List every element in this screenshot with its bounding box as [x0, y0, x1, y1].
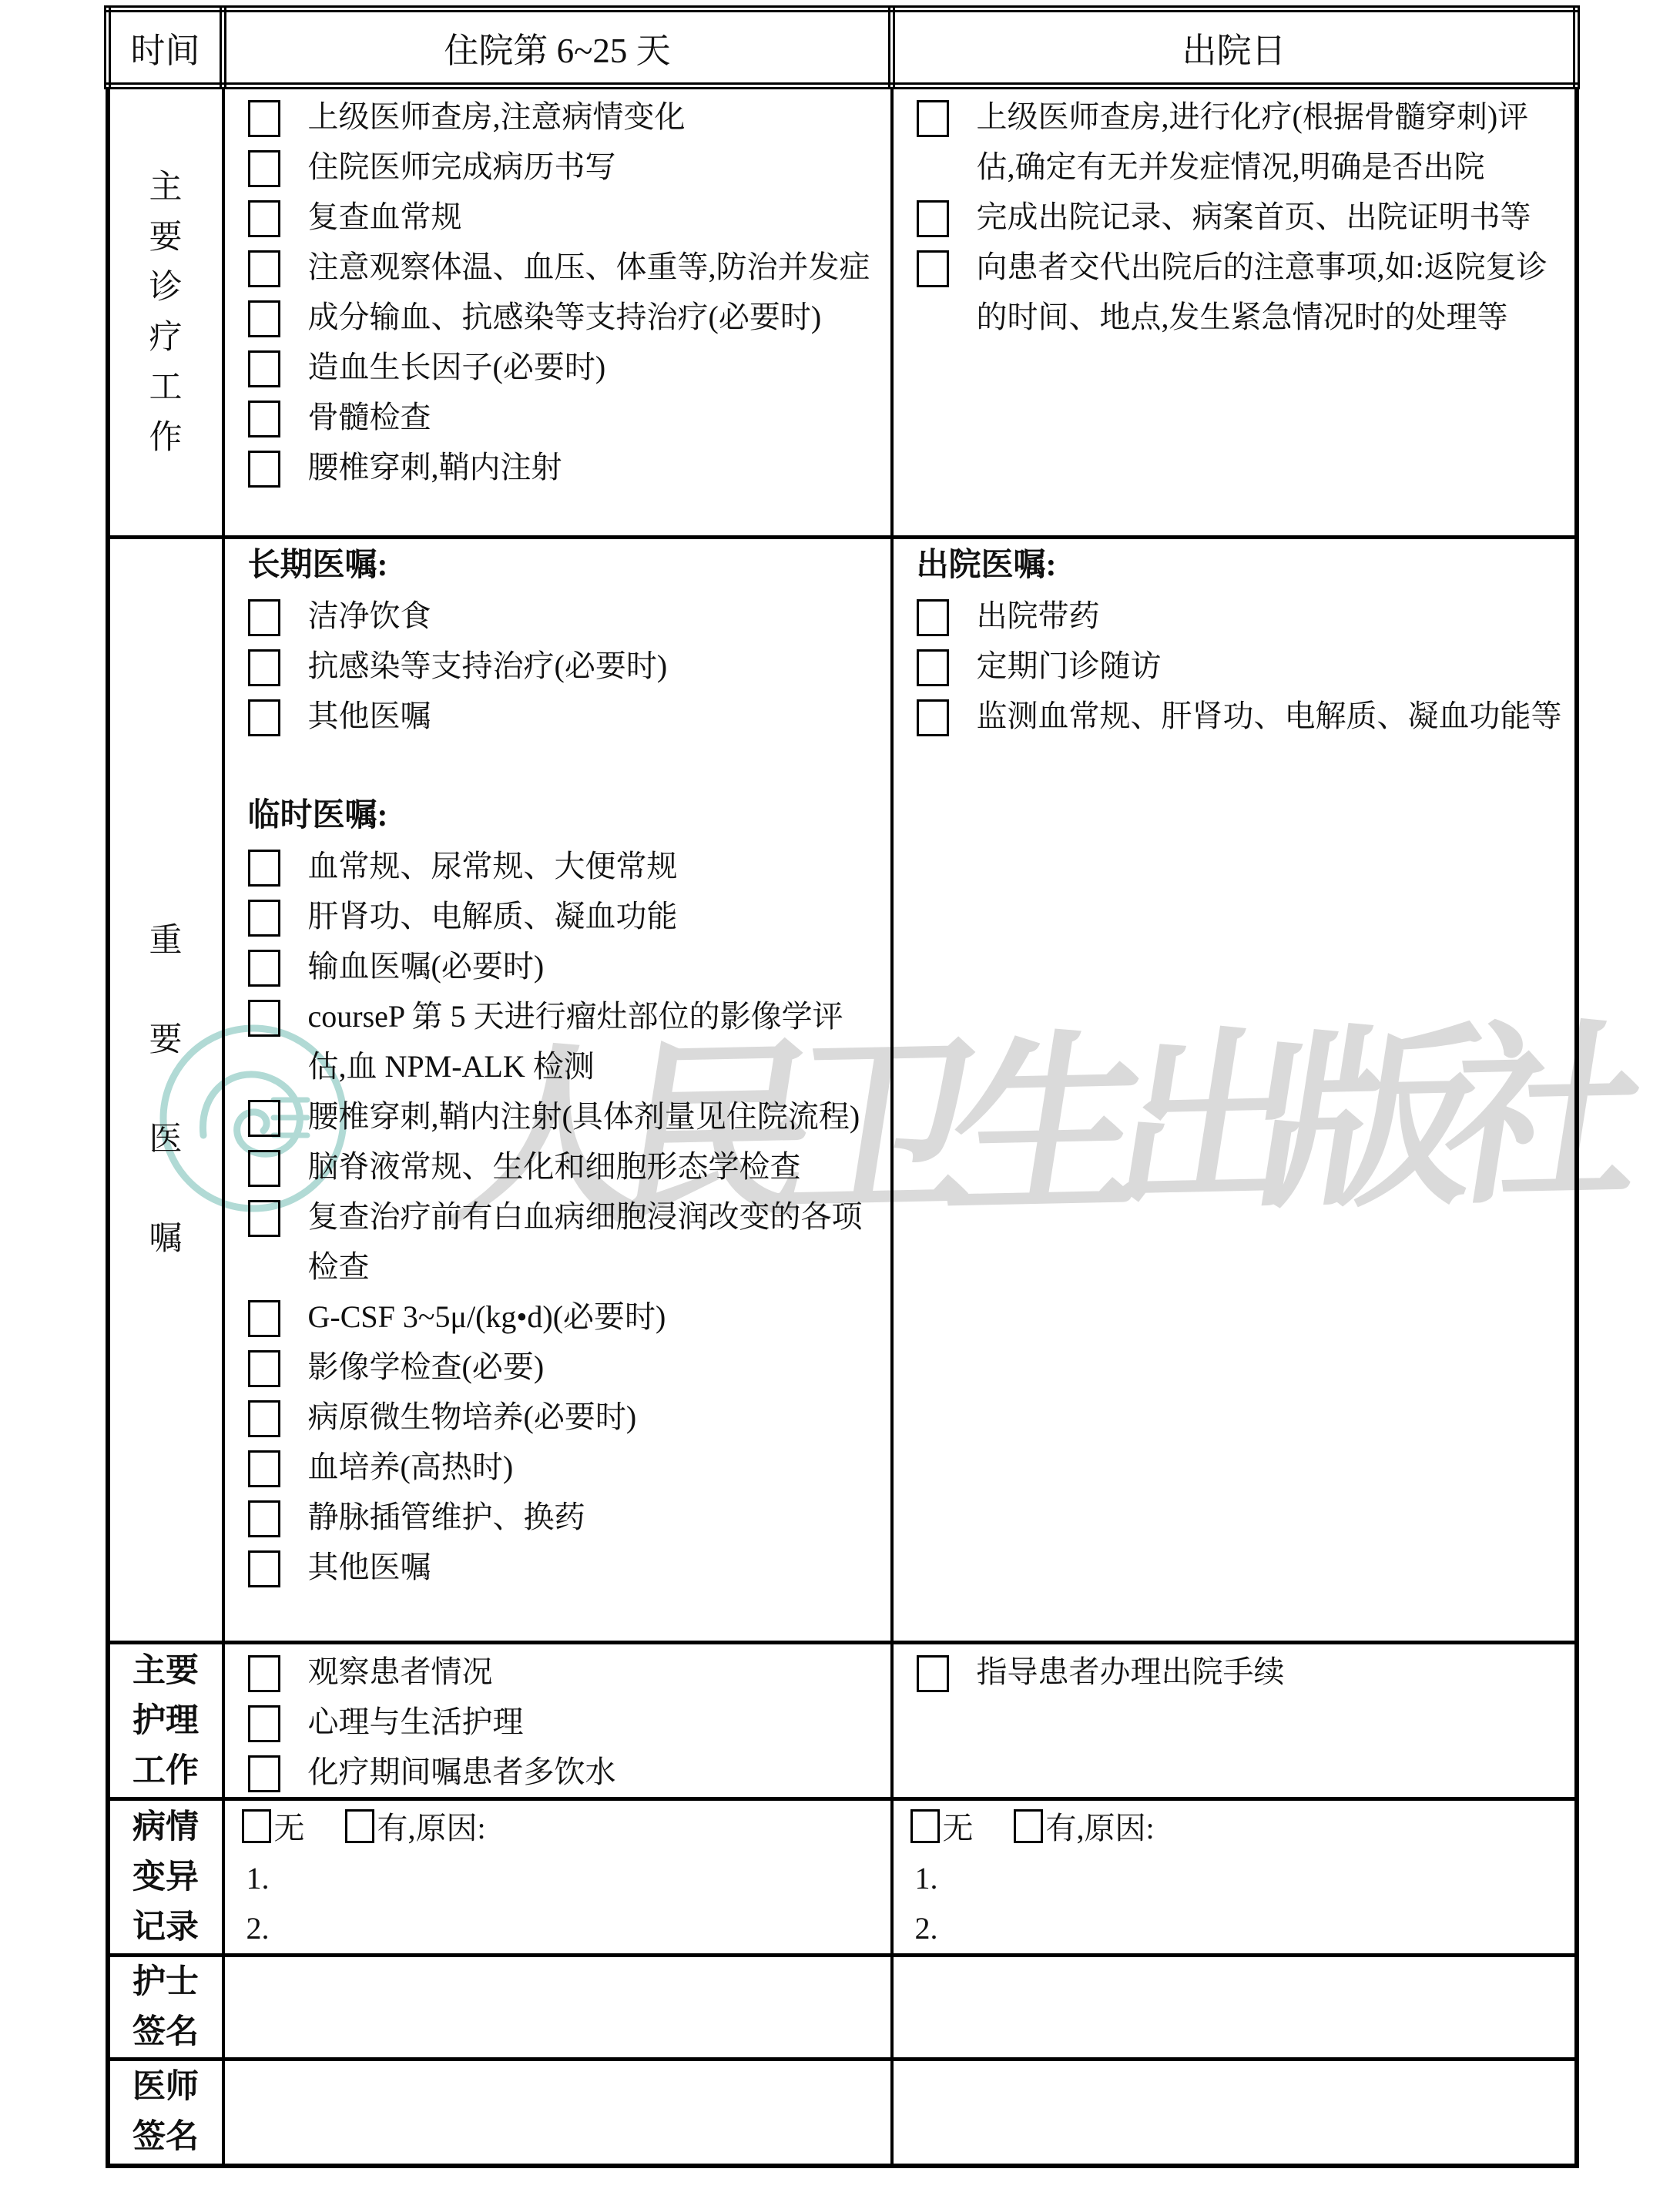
checkbox[interactable]: [242, 1809, 271, 1843]
row-label-line: 签名: [132, 2112, 199, 2162]
row-label-line: 变异: [132, 1852, 199, 1902]
checklist-item: 其他医嘱: [246, 691, 881, 741]
row-main-treatment: 主要诊疗工作 上级医师查房,注意病情变化住院医师完成病历书写复查血常规注意观察体…: [108, 86, 1577, 538]
checkbox[interactable]: [248, 300, 280, 337]
checklist-item-text: 住院医师完成病历书写: [308, 149, 616, 184]
checklist-item: 观察患者情况: [246, 1647, 881, 1697]
row-label-line: 要: [149, 1015, 183, 1065]
nurse-signature-discharge-cell[interactable]: [892, 1956, 1577, 2060]
choice-none-label: 无: [274, 1811, 305, 1845]
checklist-item-text: 腰椎穿刺,鞘内注射: [308, 450, 562, 484]
row-label-line: 病情: [132, 1802, 199, 1852]
checklist-item: 监测血常规、肝肾功、电解质、凝血功能等: [915, 691, 1565, 741]
numbered-blank-line: 1.: [910, 1853, 1565, 1903]
checklist-item: 上级医师查房,注意病情变化: [246, 92, 881, 142]
checklist-item: 复查血常规: [246, 192, 881, 242]
checkbox[interactable]: [248, 699, 280, 736]
checklist-item: 肝肾功、电解质、凝血功能: [246, 891, 881, 941]
row-label-line: 作: [149, 413, 183, 463]
checkbox[interactable]: [248, 1500, 280, 1537]
row-label-line: 主: [149, 163, 183, 213]
checklist-item-text: 复查血常规: [308, 199, 462, 234]
header-discharge-day: 出院日: [892, 9, 1577, 86]
checklist-item-text: 肝肾功、电解质、凝血功能: [308, 899, 678, 934]
main-treatment-hospital-list: 上级医师查房,注意病情变化住院医师完成病历书写复查血常规注意观察体温、血压、体重…: [246, 92, 881, 492]
checklist-item: 指导患者办理出院手续: [915, 1647, 1565, 1697]
checklist-item-text: 病原微生物培养(必要时): [308, 1399, 637, 1434]
checkbox[interactable]: [248, 100, 280, 137]
checklist-item: 心理与生活护理: [246, 1697, 881, 1747]
numbered-blank-line: 2.: [910, 1903, 1565, 1953]
checklist-item-text: 成分输血、抗感染等支持治疗(必要时): [308, 300, 822, 334]
doctor-signature-discharge-cell[interactable]: [892, 2060, 1577, 2166]
row-label-line: 疗: [149, 313, 183, 363]
checkbox[interactable]: [917, 599, 949, 636]
checklist-item-text: 监测血常规、肝肾功、电解质、凝血功能等: [977, 699, 1562, 733]
row-label-line: 护理: [132, 1696, 199, 1746]
row-label-line: 医师: [132, 2062, 199, 2112]
checklist-item: 向患者交代出院后的注意事项,如:返院复诊的时间、地点,发生紧急情况时的处理等: [915, 242, 1565, 342]
checklist-item-text: 上级医师查房,进行化疗(根据骨髓穿刺)评估,确定有无并发症情况,明确是否出院: [977, 99, 1529, 184]
checklist-item: 上级医师查房,进行化疗(根据骨髓穿刺)评估,确定有无并发症情况,明确是否出院: [915, 92, 1565, 192]
important-orders-discharge-list: 出院医嘱:出院带药定期门诊随访监测血常规、肝肾功、电解质、凝血功能等: [915, 541, 1565, 741]
nurse-signature-hospital-cell[interactable]: [223, 1956, 892, 2060]
checkbox[interactable]: [345, 1809, 374, 1843]
checklist-item: 洁净饮食: [246, 591, 881, 641]
row-label-main-treatment: 主要诊疗工作: [110, 163, 222, 463]
checklist-item-text: G-CSF 3~5μ/(kg•d)(必要时): [308, 1299, 666, 1334]
row-label-main-nursing: 主要护理工作: [110, 1646, 222, 1796]
orders-section-heading: 长期医嘱:: [246, 541, 881, 591]
checkbox[interactable]: [917, 699, 949, 736]
checklist-item: 复查治疗前有白血病细胞浸润改变的各项检查: [246, 1192, 881, 1292]
checklist-item-text: 完成出院记录、病案首页、出院证明书等: [977, 199, 1531, 234]
checklist-item-text: 抗感染等支持治疗(必要时): [308, 649, 668, 683]
checkbox[interactable]: [248, 150, 280, 187]
checklist-item: G-CSF 3~5μ/(kg•d)(必要时): [246, 1292, 881, 1342]
row-label-line: 记录: [132, 1902, 199, 1953]
checklist-item-text: 洁净饮食: [308, 598, 431, 633]
header-hospital-days: 住院第 6~25 天: [223, 9, 892, 86]
variation-choice-line: 无有,原因:: [910, 1803, 1565, 1853]
checkbox[interactable]: [248, 649, 280, 686]
checklist-item: 脑脊液常规、生化和细胞形态学检查: [246, 1141, 881, 1192]
checkbox[interactable]: [248, 1200, 280, 1237]
checklist-item: 其他医嘱: [246, 1542, 881, 1592]
checklist-item-text: 出院带药: [977, 598, 1100, 633]
row-label-doctor-signature: 医师签名: [110, 2062, 222, 2162]
checklist-item-text: courseP 第 5 天进行瘤灶部位的影像学评估,血 NPM-ALK 检测: [308, 999, 843, 1084]
checklist-item-text: 静脉插管维护、换药: [308, 1500, 585, 1534]
doctor-signature-hospital-cell[interactable]: [223, 2060, 892, 2166]
checkbox[interactable]: [917, 649, 949, 686]
row-label-line: 重: [149, 916, 183, 966]
clinical-pathway-table: 时间 住院第 6~25 天 出院日 主要诊疗工作 上级医师查房,注意病情变化住院…: [104, 5, 1580, 2168]
row-label-line: 医: [149, 1115, 183, 1165]
checklist-item-text: 腰椎穿刺,鞘内注射(具体剂量见住院流程): [308, 1099, 860, 1134]
checklist-item: 骨髓检查: [246, 392, 881, 442]
checkbox[interactable]: [917, 100, 949, 137]
checklist-item-text: 骨髓检查: [308, 400, 431, 434]
numbered-blank-line: 2.: [242, 1903, 881, 1953]
choice-yes-label: 有,原因:: [1046, 1811, 1155, 1845]
checklist-item: 造血生长因子(必要时): [246, 342, 881, 392]
checklist-item: 腰椎穿刺,鞘内注射: [246, 442, 881, 492]
checkbox[interactable]: [248, 1300, 280, 1337]
checkbox[interactable]: [248, 1100, 280, 1137]
checkbox[interactable]: [248, 1400, 280, 1437]
checkbox[interactable]: [917, 200, 949, 237]
checkbox[interactable]: [248, 1150, 280, 1187]
choice-yes-label: 有,原因:: [377, 1811, 486, 1845]
checklist-item-text: 观察患者情况: [308, 1654, 493, 1689]
row-label-line: 签名: [132, 2007, 199, 2057]
row-label-line: 嘱: [149, 1214, 183, 1264]
checkbox[interactable]: [248, 1550, 280, 1587]
checkbox[interactable]: [248, 200, 280, 237]
row-label-line: 护士: [132, 1957, 199, 2007]
row-main-nursing: 主要护理工作 观察患者情况心理与生活护理化疗期间嘱患者多饮水 指导患者办理出院手…: [108, 1643, 1577, 1799]
header-row: 时间 住院第 6~25 天 出院日: [108, 9, 1577, 86]
row-label-line: 诊: [149, 263, 183, 313]
checklist-item-text: 造血生长因子(必要时): [308, 350, 606, 384]
variation-record-discharge-list: 无有,原因:1.2.: [910, 1803, 1565, 1953]
checklist-item: 完成出院记录、病案首页、出院证明书等: [915, 192, 1565, 242]
checkbox[interactable]: [248, 599, 280, 636]
row-label-line: 工: [149, 363, 183, 413]
checklist-item: 影像学检查(必要): [246, 1342, 881, 1392]
checkbox[interactable]: [248, 350, 280, 387]
numbered-blank-line: 1.: [242, 1853, 881, 1903]
scanned-clinical-pathway-page: 人民卫生出版社 时间 住院第 6~25 天 出院日 主要诊疗工作 上级医师查房,…: [0, 0, 1680, 2209]
row-label-line: 工作: [132, 1746, 199, 1796]
checklist-item: 血培养(高热时): [246, 1442, 881, 1492]
checklist-item: 病原微生物培养(必要时): [246, 1392, 881, 1442]
checklist-item-text: 心理与生活护理: [308, 1705, 524, 1739]
checklist-item-text: 定期门诊随访: [977, 649, 1162, 683]
row-label-line: 主要: [132, 1646, 199, 1696]
important-orders-hospital-list: 长期医嘱:洁净饮食抗感染等支持治疗(必要时)其他医嘱临时医嘱:血常规、尿常规、大…: [246, 541, 881, 1592]
checkbox[interactable]: [248, 1350, 280, 1387]
row-label-nurse-signature: 护士签名: [110, 1957, 222, 2057]
checklist-item: 住院医师完成病历书写: [246, 142, 881, 192]
variation-record-hospital-list: 无有,原因:1.2.: [242, 1803, 881, 1953]
checkbox[interactable]: [248, 950, 280, 987]
variation-choice-line: 无有,原因:: [242, 1803, 881, 1853]
checkbox[interactable]: [917, 250, 949, 287]
checklist-item-text: 指导患者办理出院手续: [977, 1654, 1285, 1689]
checklist-item-text: 输血医嘱(必要时): [308, 949, 545, 984]
row-doctor-signature: 医师签名: [108, 2060, 1577, 2166]
checklist-item-text: 向患者交代出院后的注意事项,如:返院复诊的时间、地点,发生紧急情况时的处理等: [977, 250, 1548, 334]
row-variation-record: 病情变异记录 无有,原因:1.2. 无有,原因:1.2.: [108, 1799, 1577, 1956]
checkbox[interactable]: [248, 1655, 280, 1692]
blank-line: [246, 741, 881, 791]
row-label-important-orders: 重要医嘱: [110, 891, 222, 1289]
row-label-variation-record: 病情变异记录: [110, 1802, 222, 1953]
checkbox[interactable]: [248, 1000, 280, 1037]
header-time: 时间: [108, 9, 223, 86]
main-treatment-discharge-list: 上级医师查房,进行化疗(根据骨髓穿刺)评估,确定有无并发症情况,明确是否出院完成…: [915, 92, 1565, 342]
checklist-item-text: 其他医嘱: [308, 1550, 431, 1584]
checklist-item: 成分输血、抗感染等支持治疗(必要时): [246, 292, 881, 342]
checklist-item-text: 血常规、尿常规、大便常规: [308, 849, 678, 883]
checklist-item-text: 其他医嘱: [308, 699, 431, 733]
row-nurse-signature: 护士签名: [108, 1956, 1577, 2060]
checklist-item: courseP 第 5 天进行瘤灶部位的影像学评估,血 NPM-ALK 检测: [246, 991, 881, 1091]
checklist-item: 定期门诊随访: [915, 641, 1565, 691]
choice-none-label: 无: [943, 1811, 974, 1845]
checklist-item-text: 血培养(高热时): [308, 1450, 514, 1484]
checkbox[interactable]: [248, 1450, 280, 1487]
checklist-item: 出院带药: [915, 591, 1565, 641]
checklist-item-text: 影像学检查(必要): [308, 1349, 545, 1384]
checklist-item: 化疗期间嘱患者多饮水: [246, 1747, 881, 1797]
checklist-item-text: 化疗期间嘱患者多饮水: [308, 1755, 616, 1789]
checklist-item: 血常规、尿常规、大便常规: [246, 841, 881, 891]
checklist-item-text: 复查治疗前有白血病细胞浸润改变的各项检查: [308, 1199, 863, 1284]
checkbox[interactable]: [248, 850, 280, 887]
checklist-item: 抗感染等支持治疗(必要时): [246, 641, 881, 691]
row-label-line: 要: [149, 213, 183, 263]
checkbox[interactable]: [1014, 1809, 1043, 1843]
checklist-item: 腰椎穿刺,鞘内注射(具体剂量见住院流程): [246, 1091, 881, 1141]
checkbox[interactable]: [910, 1809, 940, 1843]
main-nursing-discharge-list: 指导患者办理出院手续: [915, 1647, 1565, 1697]
checklist-item-text: 上级医师查房,注意病情变化: [308, 99, 686, 134]
checklist-item-text: 脑脊液常规、生化和细胞形态学检查: [308, 1149, 801, 1184]
checklist-item: 输血医嘱(必要时): [246, 941, 881, 991]
orders-section-heading: 临时医嘱:: [246, 791, 881, 841]
checkbox[interactable]: [248, 451, 280, 488]
checkbox[interactable]: [248, 1705, 280, 1742]
orders-section-heading: 出院医嘱:: [915, 541, 1565, 591]
checklist-item-text: 注意观察体温、血压、体重等,防治并发症: [308, 250, 870, 284]
checkbox[interactable]: [248, 1755, 280, 1792]
checkbox[interactable]: [248, 250, 280, 287]
checkbox[interactable]: [917, 1655, 949, 1692]
checkbox[interactable]: [248, 401, 280, 437]
checklist-item: 静脉插管维护、换药: [246, 1492, 881, 1542]
row-important-orders: 重要医嘱 长期医嘱:洁净饮食抗感染等支持治疗(必要时)其他医嘱临时医嘱:血常规、…: [108, 538, 1577, 1643]
checkbox[interactable]: [248, 900, 280, 937]
main-nursing-hospital-list: 观察患者情况心理与生活护理化疗期间嘱患者多饮水: [246, 1647, 881, 1797]
checklist-item: 注意观察体温、血压、体重等,防治并发症: [246, 242, 881, 292]
